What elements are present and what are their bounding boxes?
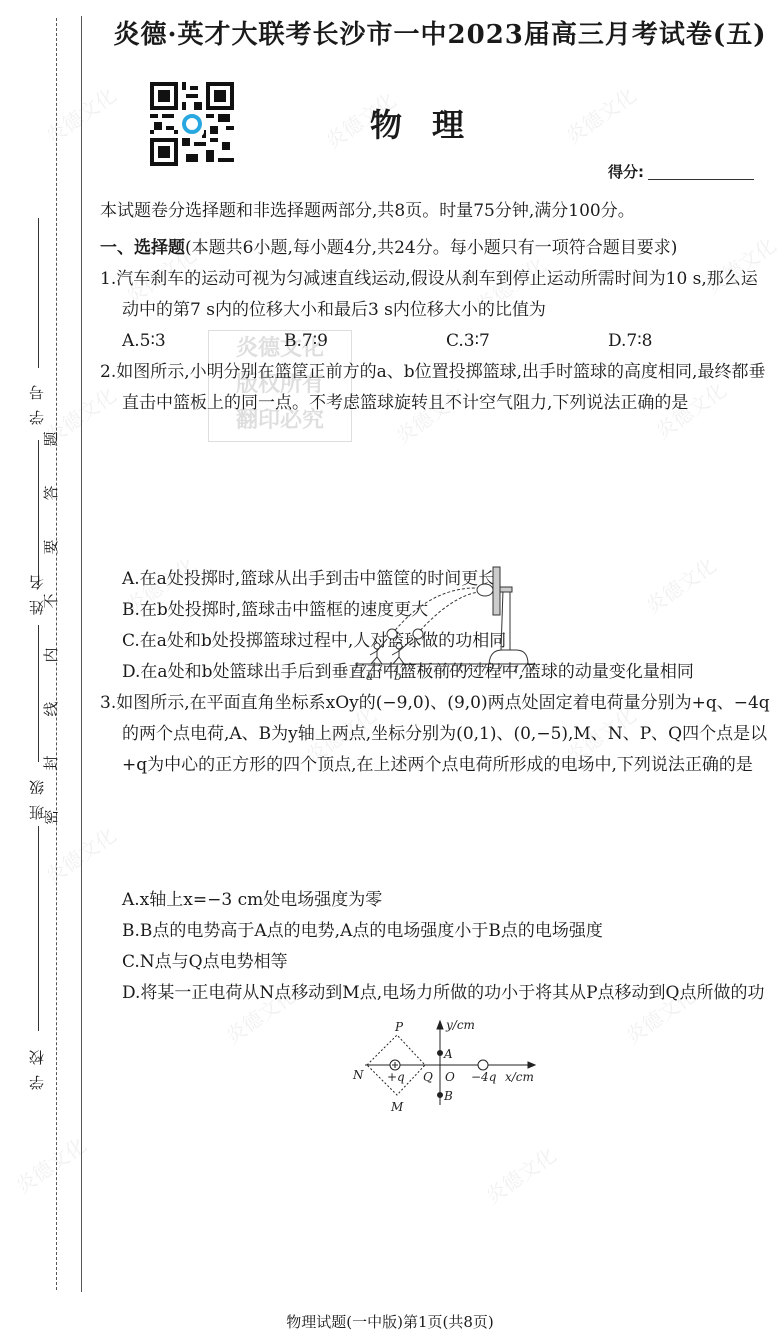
student-id-underline [38, 218, 39, 368]
question-1-options: A.5∶3 B.7∶9 C.3∶7 D.7∶8 [100, 326, 770, 357]
option-b[interactable]: B.7∶9 [284, 326, 446, 357]
class-underline-2 [38, 826, 39, 1031]
svg-text:P: P [394, 1020, 404, 1034]
option-a[interactable]: A.x轴上x=−3 cm处电场强度为零 [100, 885, 770, 916]
question-3: 3.如图所示,在平面直角坐标系xOy的(−9,0)、(9,0)两点处固定着电荷量… [100, 688, 770, 1009]
svg-text:a: a [366, 669, 373, 682]
svg-text:Q: Q [423, 1070, 433, 1084]
electric-field-figure: P y/cm A N +q Q O −4q x/cm B M [345, 1017, 545, 1115]
seal-text: 题 答 要 不 内 线 封 密 [60, 412, 78, 844]
svg-text:+q: +q [387, 1070, 405, 1084]
svg-text:x/cm: x/cm [505, 1070, 534, 1084]
section-heading: 一、选择题(本题共6小题,每小题4分,共24分。每小题只有一项符合题目要求) [100, 233, 770, 264]
exam-intro: 本试题卷分选择题和非选择题两部分,共8页。时量75分钟,满分100分。 [100, 196, 770, 227]
exam-page: 炎德文化 炎德文化 炎德文化 炎德文化 炎德文化 炎德文化 炎德文化 炎德文化 … [0, 0, 780, 1344]
exam-title: 炎德·英才大联考长沙市一中2023届高三月考试卷(五) [100, 14, 780, 51]
subject-title: 物理 [370, 100, 494, 146]
svg-text:b: b [394, 669, 402, 682]
question-1: 1.汽车刹车的运动可视为匀减速直线运动,假设从刹车到停止运动所需时间为10 s,… [100, 264, 770, 357]
question-3-figure-space [100, 781, 770, 885]
svg-text:A: A [443, 1047, 453, 1061]
class-underline [38, 700, 39, 762]
qr-code-icon[interactable] [150, 82, 234, 166]
option-c[interactable]: C.3∶7 [446, 326, 608, 357]
option-d[interactable]: D.7∶8 [608, 326, 770, 357]
option-b[interactable]: B.B点的电势高于A点的电势,A点的电场强度小于B点的电场强度 [100, 916, 770, 947]
school-label: 学校 [28, 1035, 46, 1090]
svg-text:O: O [445, 1070, 455, 1084]
option-c[interactable]: C.N点与Q点电势相等 [100, 947, 770, 978]
basketball-figure: a b [350, 562, 540, 682]
score-field: 得分: [608, 161, 754, 182]
page-footer: 物理试题(一中版)第1页(共8页) [0, 1311, 780, 1332]
svg-text:M: M [390, 1100, 404, 1114]
option-d[interactable]: D.将某一正电荷从N点移动到M点,电场力所做的功小于将其从P点移动到Q点所做的功 [100, 978, 770, 1009]
student-id-label: 学号 [28, 375, 46, 425]
option-a[interactable]: A.5∶3 [122, 326, 284, 357]
question-2-figure-space [100, 419, 770, 564]
score-label: 得分: [608, 163, 644, 181]
svg-text:B: B [443, 1089, 453, 1103]
svg-text:−4q: −4q [471, 1070, 497, 1084]
score-blank [648, 179, 754, 180]
svg-text:y/cm: y/cm [445, 1018, 475, 1032]
svg-text:N: N [352, 1068, 364, 1082]
